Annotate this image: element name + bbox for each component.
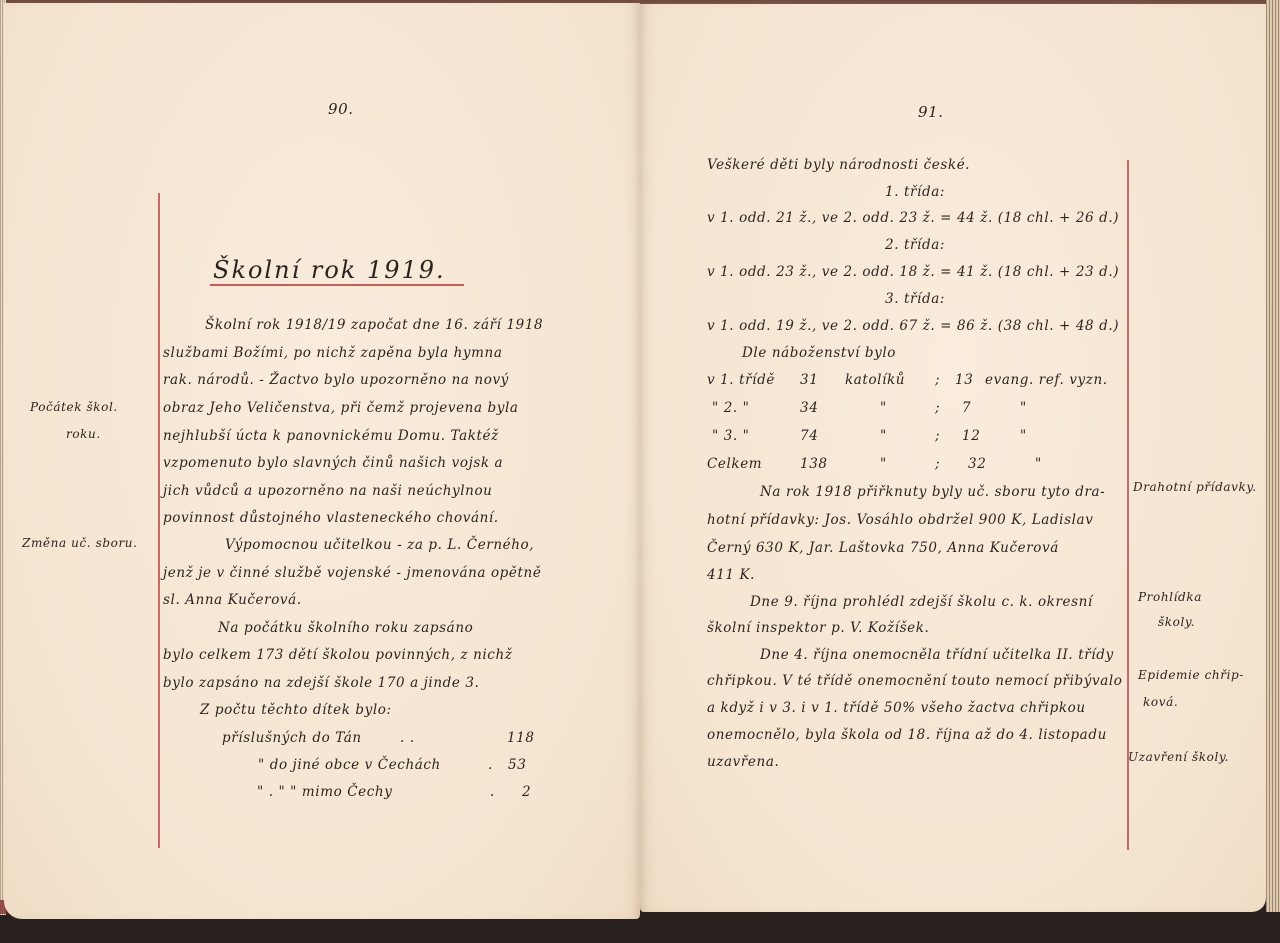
text-line: službami Božími, po nichž zapěna byla hy… <box>163 345 502 361</box>
separator: ; <box>935 400 940 416</box>
text-line: onemocnělo, byla škola od 18. října až d… <box>707 727 1107 743</box>
text-line: Výpomocnou učitelkou - za p. L. Černého, <box>225 537 534 553</box>
text-line: a když i v 3. i v 1. třídě 50% všeho žac… <box>707 700 1086 716</box>
margin-note-flu-epidemic-cont: ková. <box>1143 695 1178 709</box>
origin-label: " . " " mimo Čechy <box>257 784 392 800</box>
right-margin-rule <box>1127 160 1129 850</box>
margin-note-flu-epidemic: Epidemie chřip- <box>1138 668 1244 682</box>
right-page-number: 91. <box>918 103 944 121</box>
evangelical-count: 13 <box>955 372 973 388</box>
catholic-count: 138 <box>800 456 828 472</box>
text-line: Dne 4. října onemocněla třídní učitelka … <box>760 647 1114 663</box>
separator: ; <box>935 456 940 472</box>
margin-note-school-inspection: Prohlídka <box>1138 590 1202 604</box>
catholic-label: " <box>880 428 887 444</box>
evangelical-label: evang. ref. vyzn. <box>985 372 1108 388</box>
catholic-count: 31 <box>800 372 818 388</box>
catholic-label: " <box>880 456 887 472</box>
text-line: nejhlubší úcta k panovnickému Domu. Takt… <box>163 428 499 444</box>
religion-heading: Dle náboženství bylo <box>742 345 896 361</box>
separator: ; <box>935 428 940 444</box>
origin-dots: . <box>488 757 493 773</box>
evangelical-count: 32 <box>968 456 986 472</box>
religion-class: " 3. " <box>712 428 749 444</box>
catholic-label: katolíků <box>845 372 905 388</box>
text-line: bylo celkem 173 dětí školou povinných, z… <box>163 647 512 663</box>
left-margin-rule <box>158 193 160 848</box>
text-line: Školní rok 1918/19 započat dne 16. září … <box>205 317 543 333</box>
text-line: jich vůdců a upozorněno na naši neúchyln… <box>163 483 492 499</box>
origin-label: " do jiné obce v Čechách <box>258 757 441 773</box>
religion-class: " 2. " <box>712 400 749 416</box>
origin-dots: . <box>490 784 495 800</box>
text-line: obraz Jeho Veličenstva, při čemž projeve… <box>163 400 519 416</box>
text-line: Z počtu těchto dítek bylo: <box>200 702 392 718</box>
origin-value: 2 <box>522 784 531 800</box>
text-line: 411 K. <box>707 567 755 583</box>
catholic-count: 74 <box>800 428 818 444</box>
margin-note-school-closure: Uzavření školy. <box>1128 750 1229 764</box>
open-ledger-book: 90. Školní rok 1919. Školní rok 1918/19 … <box>0 0 1280 943</box>
text-line: uzavřena. <box>707 754 779 770</box>
evangelical-label: " <box>1020 400 1027 416</box>
text-line: Dne 9. října prohlédl zdejší školu c. k.… <box>750 594 1093 610</box>
margin-note-school-year-start: Počátek škol. <box>30 400 118 414</box>
margin-note-cost-of-living-allowance: Drahotní přídavky. <box>1133 480 1257 494</box>
left-page-number: 90. <box>328 100 354 118</box>
class-detail: v 1. odd. 21 ž., ve 2. odd. 23 ž. = 44 ž… <box>707 210 1119 226</box>
text-line: hotní přídavky: Jos. Vosáhlo obdržel 900… <box>707 512 1093 528</box>
text-line: chřipkou. V té třídě onemocnění touto ne… <box>707 673 1122 689</box>
origin-value: 53 <box>508 757 526 773</box>
text-line: bylo zapsáno na zdejší škole 170 a jinde… <box>163 675 479 691</box>
religion-class: Celkem <box>707 456 762 472</box>
evangelical-label: " <box>1035 456 1042 472</box>
text-line: jenž je v činné službě vojenské - jmenov… <box>163 565 541 581</box>
text-line: rak. národů. - Žactvo bylo upozorněno na… <box>163 372 509 388</box>
title-underline <box>210 284 464 286</box>
evangelical-label: " <box>1020 428 1027 444</box>
page-title: Školní rok 1919. <box>213 256 446 284</box>
text-line: povinnost důstojného vlasteneckého chová… <box>163 510 499 526</box>
origin-value: 118 <box>507 730 535 746</box>
class-heading: 1. třída: <box>885 184 945 200</box>
text-line: vzpomenuto bylo slavných činů našich voj… <box>163 455 503 471</box>
text-line: Na počátku školního roku zapsáno <box>218 620 473 636</box>
margin-note-school-year-start-cont: roku. <box>66 427 101 441</box>
catholic-label: " <box>880 400 887 416</box>
text-line: Na rok 1918 přiřknuty byly uč. sboru tyt… <box>760 484 1105 500</box>
class-detail: v 1. odd. 23 ž., ve 2. odd. 18 ž. = 41 ž… <box>707 264 1119 280</box>
evangelical-count: 12 <box>962 428 980 444</box>
class-heading: 3. třída: <box>885 291 945 307</box>
intro-line: Veškeré děti byly národnosti české. <box>707 157 970 173</box>
page-stack-right-edge <box>1266 0 1280 912</box>
separator: ; <box>935 372 940 388</box>
catholic-count: 34 <box>800 400 818 416</box>
text-line: sl. Anna Kučerová. <box>163 592 302 608</box>
text-line: školní inspektor p. V. Kožíšek. <box>707 620 929 636</box>
origin-dots: . . <box>400 730 415 746</box>
margin-note-staff-change: Změna uč. sboru. <box>22 536 138 550</box>
margin-note-school-inspection-cont: školy. <box>1158 615 1195 629</box>
text-line: Černý 630 K, Jar. Laštovka 750, Anna Kuč… <box>707 540 1059 556</box>
class-detail: v 1. odd. 19 ž., ve 2. odd. 67 ž. = 86 ž… <box>707 318 1119 334</box>
origin-label: příslušných do Tán <box>222 730 362 746</box>
religion-class: v 1. třídě <box>707 372 775 388</box>
evangelical-count: 7 <box>962 400 971 416</box>
class-heading: 2. třída: <box>885 237 945 253</box>
